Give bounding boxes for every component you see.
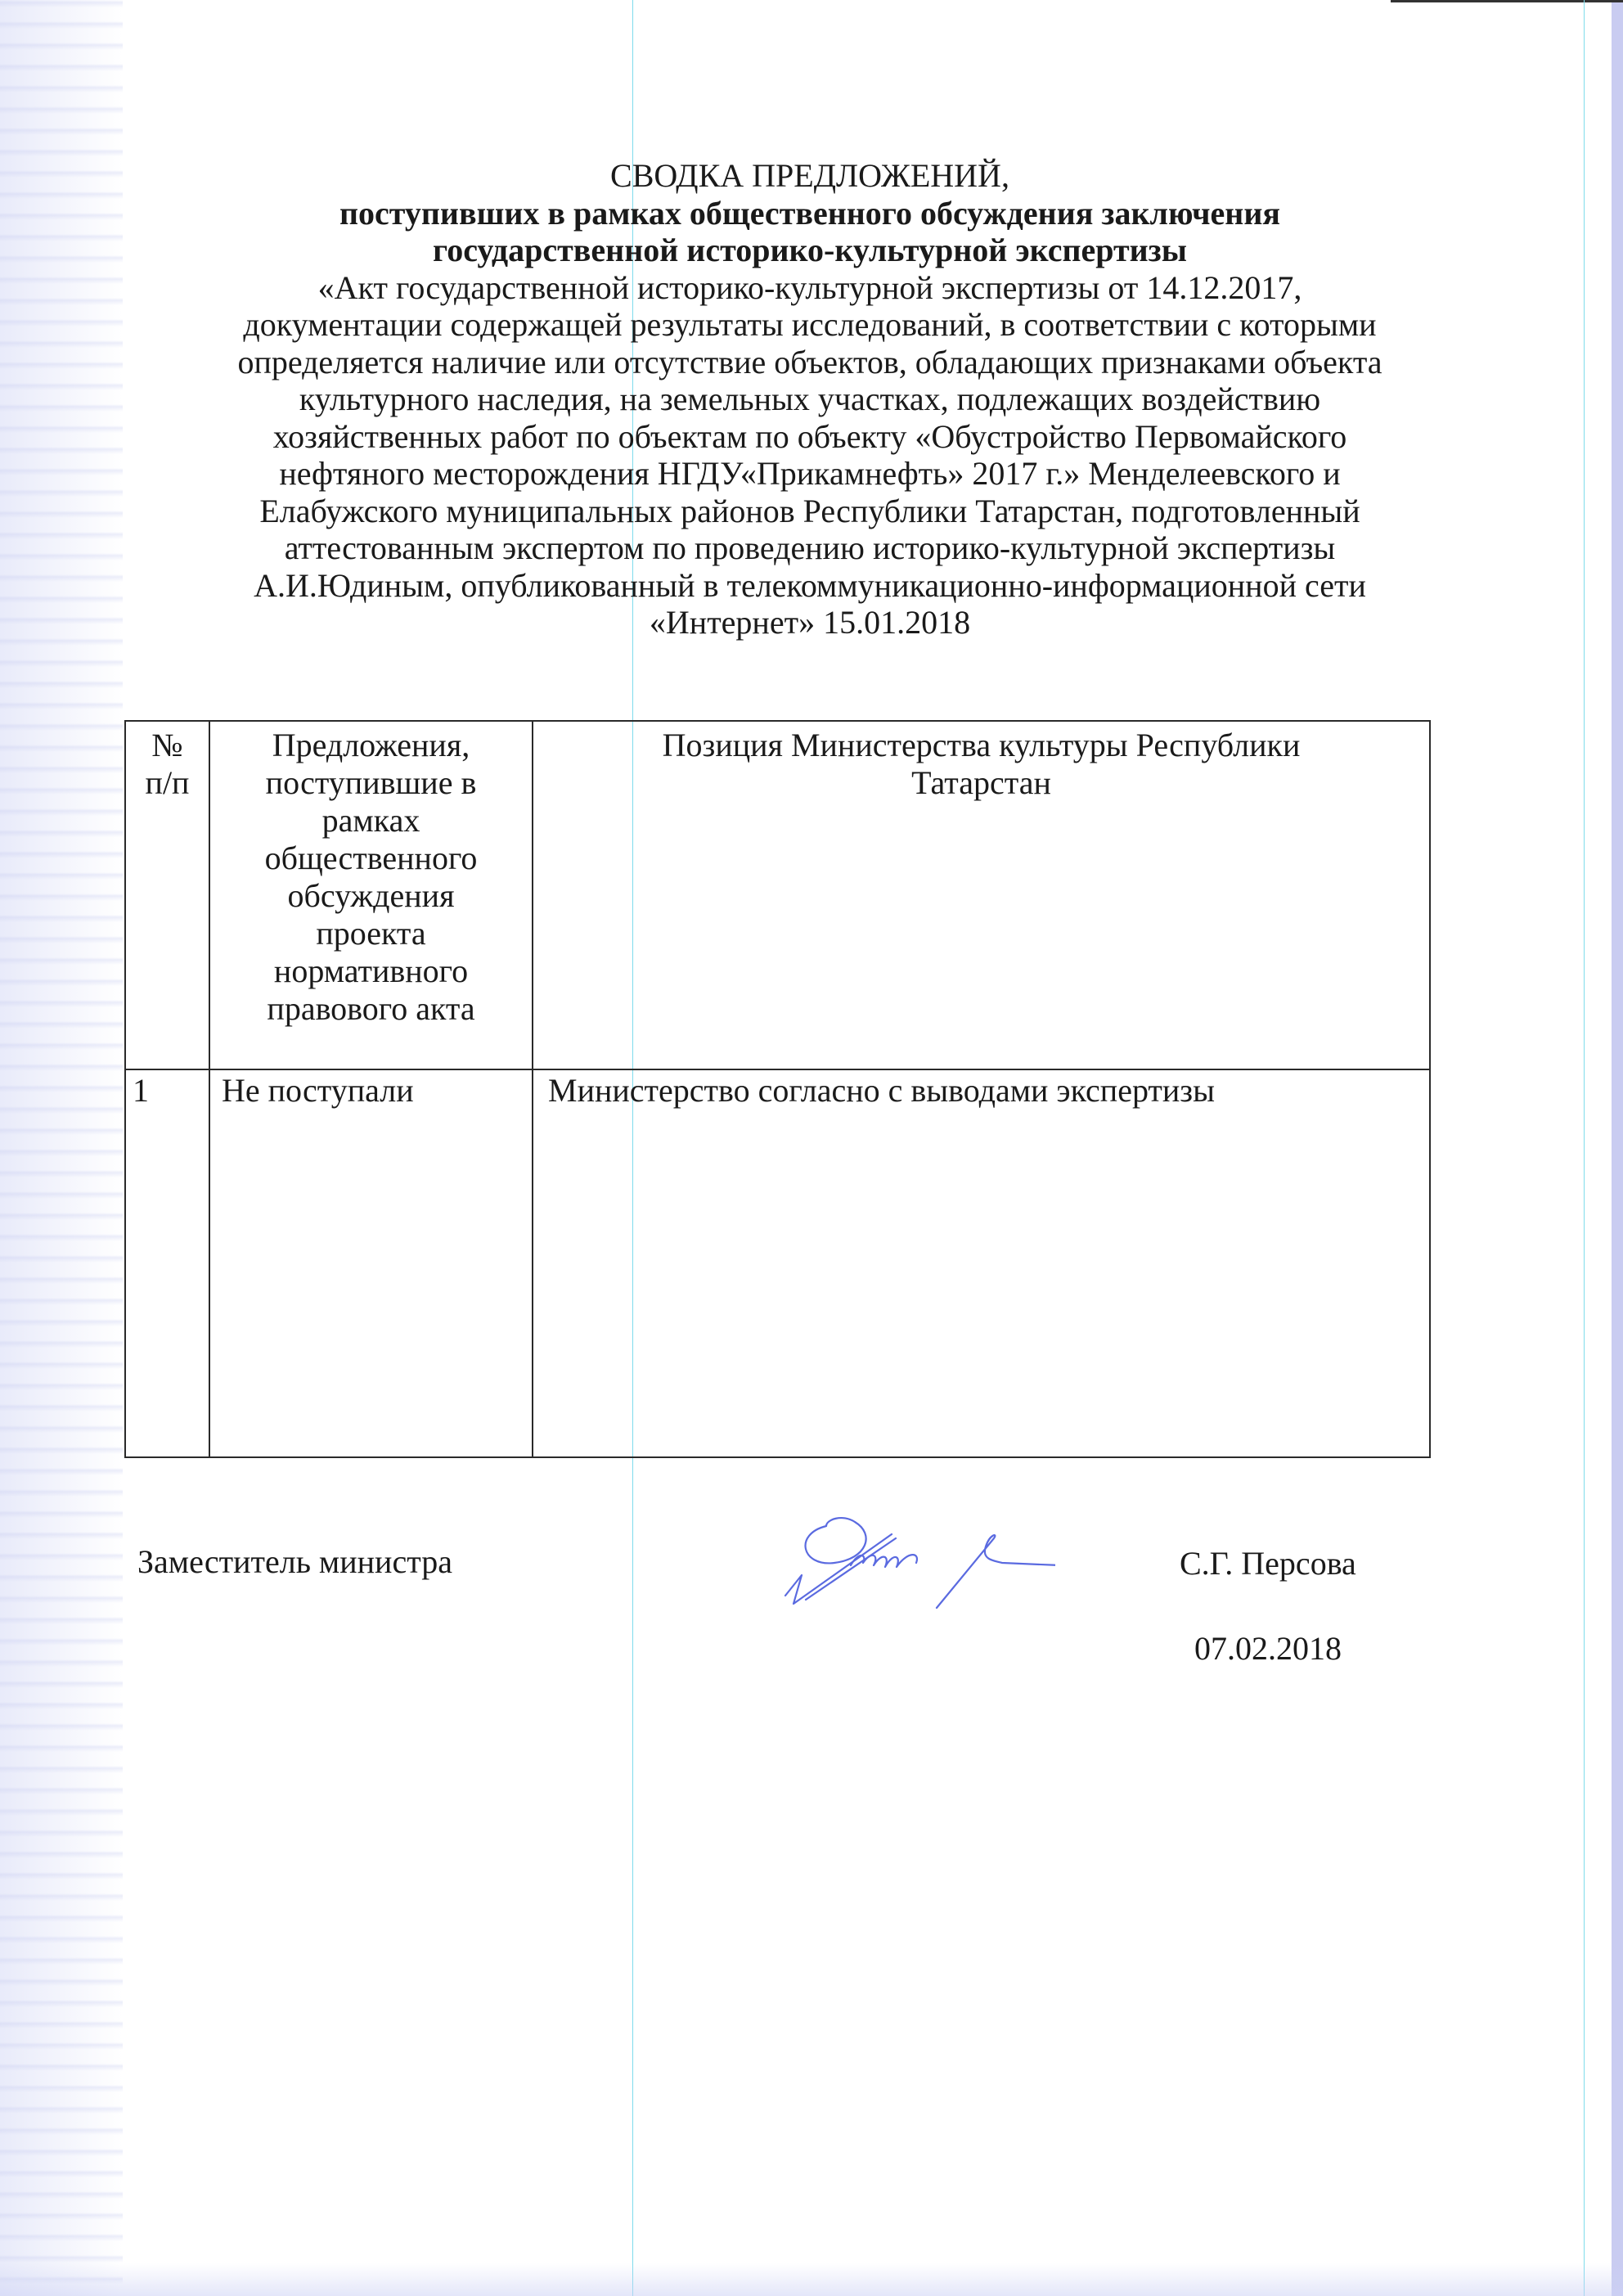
description-line: «Интернет» 15.01.2018 <box>147 604 1472 642</box>
description-line: аттестованным экспертом по проведению ис… <box>147 529 1472 567</box>
proposals-table: № п/п Предложения, поступившие в рамках … <box>124 720 1431 1458</box>
cell-ministry-position: Министерство согласно с выводами эксперт… <box>533 1069 1430 1457</box>
handwritten-signature-icon <box>777 1501 1055 1612</box>
description-line: А.И.Юдиным, опубликованный в телекоммуни… <box>147 567 1472 605</box>
table-row: 1 Не поступали Министерство согласно с в… <box>125 1069 1430 1457</box>
scan-artifact-line <box>1584 0 1585 2296</box>
description-line: Елабужского муниципальных районов Респуб… <box>147 493 1472 530</box>
signature-date: 07.02.2018 <box>1194 1630 1342 1668</box>
table-header-row: № п/п Предложения, поступившие в рамках … <box>125 721 1430 1069</box>
document-description: «Акт государственной историко-культурной… <box>147 269 1472 642</box>
document-subtitle: поступивших в рамках общественного обсуж… <box>147 195 1472 269</box>
description-line: документации содержащей результаты иссле… <box>147 306 1472 344</box>
description-line: определяется наличие или отсутствие объе… <box>147 344 1472 381</box>
document-title: СВОДКА ПРЕДЛОЖЕНИЙ, <box>147 157 1472 195</box>
description-line: культурного наследия, на земельных участ… <box>147 380 1472 418</box>
cell-proposal: Не поступали <box>209 1069 533 1457</box>
scan-edge-right <box>1612 0 1623 2296</box>
scan-edge-top <box>1391 0 1623 2</box>
header-number: № п/п <box>125 721 209 1069</box>
signatory-title: Заместитель министра <box>137 1543 452 1581</box>
header-ministry-position: Позиция Министерства культуры Республики… <box>533 721 1430 1069</box>
description-line: нефтяного месторождения НГДУ«Прикамнефть… <box>147 455 1472 493</box>
signatory-name: С.Г. Персова <box>1180 1545 1356 1582</box>
document-heading: СВОДКА ПРЕДЛОЖЕНИЙ, поступивших в рамках… <box>147 157 1472 642</box>
header-proposals: Предложения, поступившие в рамках общест… <box>209 721 533 1069</box>
cell-number: 1 <box>125 1069 209 1457</box>
scan-noise-left <box>0 0 123 2296</box>
description-line: хозяйственных работ по объектам по объек… <box>147 418 1472 456</box>
scan-noise-bottom <box>0 2263 1623 2296</box>
subtitle-line: поступивших в рамках общественного обсуж… <box>147 195 1472 232</box>
description-line: «Акт государственной историко-культурной… <box>147 269 1472 307</box>
subtitle-line: государственной историко-культурной эксп… <box>147 232 1472 269</box>
